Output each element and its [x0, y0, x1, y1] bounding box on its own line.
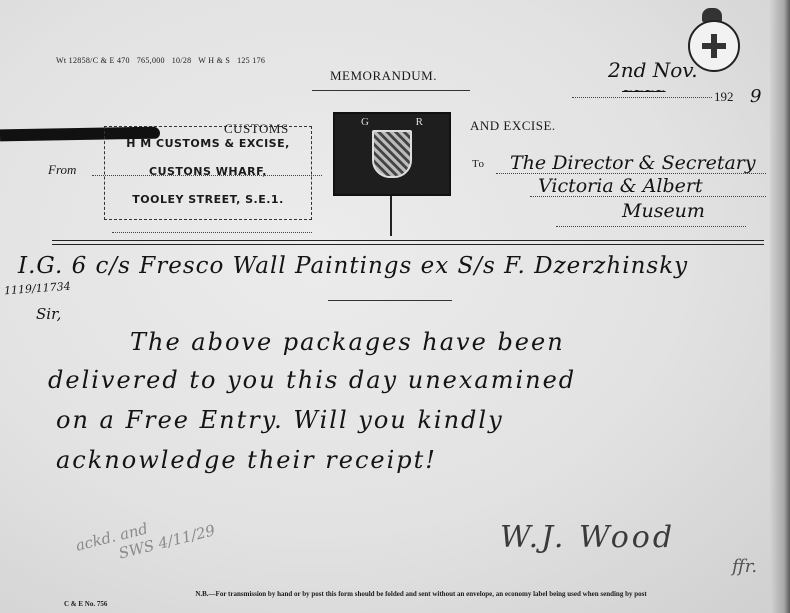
date-year-printed: 192 [714, 89, 734, 105]
stamp-line: H M CUSTOMS & EXCISE, [105, 137, 311, 150]
footnote: N.B.—For transmission by hand or by post… [176, 589, 666, 600]
body-line: The above packages have been [130, 328, 565, 356]
print-code: Wt 12858/C & E 470 765,000 10/28 W H & S… [56, 56, 265, 65]
date-year-handwritten: 9 [750, 86, 761, 107]
pencil-annotation: ackd. and SWS 4/11/29 [74, 504, 217, 572]
crest-letter: R [416, 116, 423, 128]
shield-icon [372, 130, 412, 178]
to-dotted-line [556, 226, 746, 227]
recipient-line: Victoria & Albert [538, 175, 703, 197]
reference-number: 1119/11734 [4, 280, 71, 298]
memorandum-document: Wt 12858/C & E 470 765,000 10/28 W H & S… [0, 0, 790, 613]
crest-letter: G [361, 116, 369, 128]
title-underline [312, 90, 470, 91]
recipient-line: The Director & Secretary [510, 152, 756, 174]
from-label: From [48, 162, 76, 178]
subject-underline [328, 300, 452, 301]
memo-title: MEMORANDUM. [330, 68, 437, 84]
from-dotted-line [92, 175, 322, 176]
body-line: on a Free Entry. Will you kindly [56, 406, 504, 434]
recipient-line: Museum [622, 200, 705, 222]
subject-line: I.G. 6 c/s Fresco Wall Paintings ex S/s … [18, 253, 688, 279]
crest-cypher: G R [335, 116, 449, 128]
header-double-rule [52, 240, 764, 245]
body-line: acknowledge their receipt! [56, 446, 437, 474]
stamp-line: CUSTONS WHARF, [105, 165, 311, 178]
crest-divider [390, 196, 392, 236]
signature: W.J. Wood [500, 520, 675, 555]
signature-suffix: ffr. [732, 556, 757, 577]
body-line: delivered to you this day unexamined [48, 366, 576, 394]
date-dotted-line [572, 97, 712, 98]
salutation: Sir, [36, 305, 61, 323]
department-excise: AND EXCISE. [470, 118, 556, 134]
from-dotted-line-lower [112, 232, 312, 233]
page-edge-shadow [770, 0, 790, 613]
from-stamp: H M CUSTOMS & EXCISE, CUSTONS WHARF, TOO… [104, 126, 312, 220]
date-day-handwritten: 2nd Nov. [608, 58, 698, 82]
royal-coat-of-arms-icon: G R [333, 112, 451, 196]
form-number: C & E No. 756 [64, 600, 107, 608]
stamp-line: TOOLEY STREET, S.E.1. [105, 193, 311, 206]
to-label: To [472, 158, 484, 170]
